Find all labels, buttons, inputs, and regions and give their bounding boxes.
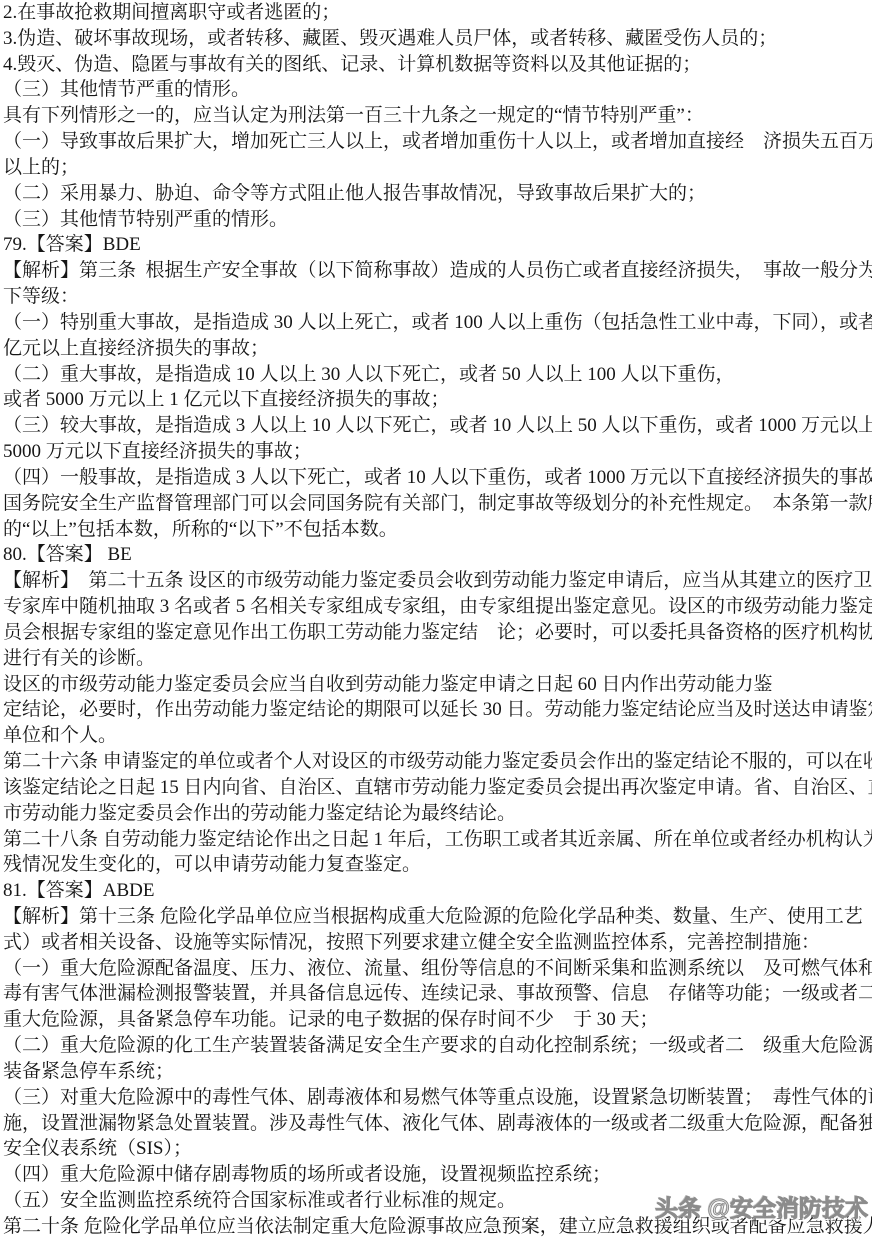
text-line: 员会根据专家组的鉴定意见作出工伤职工劳动能力鉴定结 论；必要时，可以委托具备资格…	[3, 620, 872, 646]
text-line: 该鉴定结论之日起 15 日内向省、自治区、直辖市劳动能力鉴定委员会提出再次鉴定申…	[3, 775, 872, 801]
text-line: 残情况发生变化的，可以申请劳动能力复查鉴定。	[3, 852, 872, 878]
text-line: 设区的市级劳动能力鉴定委员会应当自收到劳动能力鉴定申请之日起 60 日内作出劳动…	[3, 672, 872, 698]
text-line: 具有下列情形之一的，应当认定为刑法第一百三十九条之一规定的“情节特别严重”：	[3, 103, 872, 129]
text-line: 亿元以上直接经济损失的事故；	[3, 336, 872, 362]
text-line: （三）其他情节严重的情形。	[3, 77, 872, 103]
text-line: 式）或者相关设备、设施等实际情况，按照下列要求建立健全安全监测监控体系，完善控制…	[3, 930, 872, 956]
text-line: （一）特别重大事故，是指造成 30 人以上死亡，或者 100 人以上重伤（包括急…	[3, 310, 872, 336]
text-line: 5000 万元以下直接经济损失的事故；	[3, 439, 872, 465]
text-line: 【解析】 第二十五条 设区的市级劳动能力鉴定委员会收到劳动能力鉴定申请后，应当从…	[3, 568, 872, 594]
text-line: 3.伪造、破坏事故现场，或者转移、藏匿、毁灭遇难人员尸体，或者转移、藏匿受伤人员…	[3, 26, 872, 52]
text-line: （二）重大事故，是指造成 10 人以上 30 人以下死亡，或者 50 人以上 1…	[3, 362, 872, 388]
text-line: （二）采用暴力、胁迫、命令等方式阻止他人报告事故情况，导致事故后果扩大的；	[3, 181, 872, 207]
document-text: 2.在事故抢救期间擅离职守或者逃匿的；3.伪造、破坏事故现场，或者转移、藏匿、毁…	[3, 0, 872, 1240]
text-line: 安全仪表系统（SIS）；	[3, 1136, 872, 1162]
text-line: 定结论，必要时，作出劳动能力鉴定结论的期限可以延长 30 日。劳动能力鉴定结论应…	[3, 697, 872, 723]
text-line: 81.【答案】ABDE	[3, 878, 872, 904]
text-line: 2.在事故抢救期间擅离职守或者逃匿的；	[3, 0, 872, 26]
text-line: 4.毁灭、伪造、隐匿与事故有关的图纸、记录、计算机数据等资料以及其他证据的；	[3, 52, 872, 78]
text-line: （四）一般事故，是指造成 3 人以下死亡，或者 10 人以下重伤，或者 1000…	[3, 465, 872, 491]
text-line: 重大危险源，具备紧急停车功能。记录的电子数据的保存时间不少 于 30 天；	[3, 1007, 872, 1033]
document-page: 2.在事故抢救期间擅离职守或者逃匿的；3.伪造、破坏事故现场，或者转移、藏匿、毁…	[0, 0, 872, 1240]
text-line: 【解析】第十三条 危险化学品单位应当根据构成重大危险源的危险化学品种类、数量、生…	[3, 904, 872, 930]
text-line: 【解析】第三条 根据生产安全事故（以下简称事故）造成的人员伤亡或者直接经济损失，…	[3, 258, 872, 284]
text-line: （二）重大危险源的化工生产装置装备满足安全生产要求的自动化控制系统；一级或者二 …	[3, 1033, 872, 1059]
text-line: 装备紧急停车系统；	[3, 1059, 872, 1085]
text-line: 进行有关的诊断。	[3, 646, 872, 672]
text-line: 专家库中随机抽取 3 名或者 5 名相关专家组成专家组，由专家组提出鉴定意见。设…	[3, 594, 872, 620]
text-line: 第二十六条 申请鉴定的单位或者个人对设区的市级劳动能力鉴定委员会作出的鉴定结论不…	[3, 749, 872, 775]
text-line: 单位和个人。	[3, 723, 872, 749]
text-line: （四）重大危险源中储存剧毒物质的场所或者设施，设置视频监控系统；	[3, 1162, 872, 1188]
text-line: （三）对重大危险源中的毒性气体、剧毒液体和易燃气体等重点设施，设置紧急切断装置；…	[3, 1085, 872, 1111]
text-line: （三）较大事故，是指造成 3 人以上 10 人以下死亡，或者 10 人以上 50…	[3, 413, 872, 439]
text-line: 79.【答案】BDE	[3, 232, 872, 258]
text-line: （一）重大危险源配备温度、压力、液位、流量、组份等信息的不间断采集和监测系统以 …	[3, 956, 872, 982]
text-line: 毒有害气体泄漏检测报警装置，并具备信息远传、连续记录、事故预警、信息 存储等功能…	[3, 981, 872, 1007]
text-line: 80.【答案】 BE	[3, 542, 872, 568]
watermark: 头条 @安全消防技术	[655, 1190, 868, 1223]
text-line: （一）导致事故后果扩大，增加死亡三人以上，或者增加重伤十人以上，或者增加直接经 …	[3, 129, 872, 155]
text-line: 第二十八条 自劳动能力鉴定结论作出之日起 1 年后，工伤职工或者其近亲属、所在单…	[3, 827, 872, 853]
text-line: 施，设置泄漏物紧急处置装置。涉及毒性气体、液化气体、剧毒液体的一级或者二级重大危…	[3, 1111, 872, 1137]
text-line: 下等级：	[3, 284, 872, 310]
text-line: 的“以上”包括本数，所称的“以下”不包括本数。	[3, 517, 872, 543]
text-line: 市劳动能力鉴定委员会作出的劳动能力鉴定结论为最终结论。	[3, 801, 872, 827]
text-line: 以上的；	[3, 155, 872, 181]
text-line: 国务院安全生产监督管理部门可以会同国务院有关部门，制定事故等级划分的补充性规定。…	[3, 491, 872, 517]
text-line: （三）其他情节特别严重的情形。	[3, 207, 872, 233]
text-line: 或者 5000 万元以上 1 亿元以下直接经济损失的事故；	[3, 387, 872, 413]
